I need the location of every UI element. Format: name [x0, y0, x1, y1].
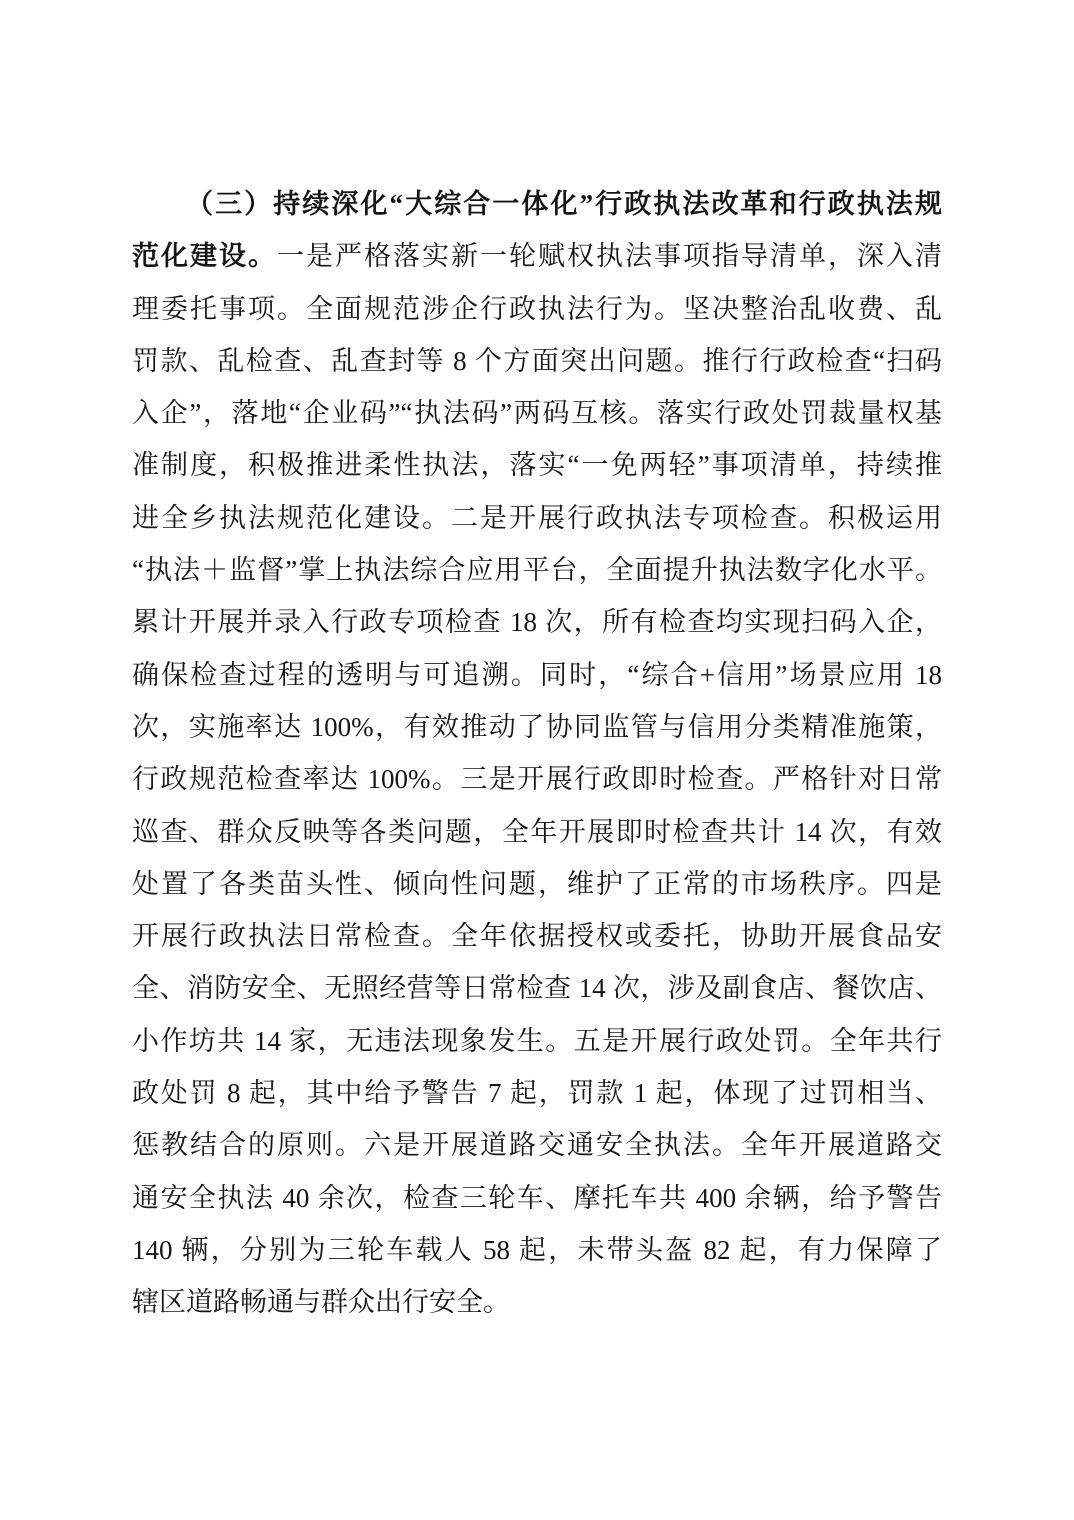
body-text: 累计开展并录入行政专项检查 18 次，所有检查均实现扫码入企， [132, 607, 942, 637]
body-text: 行政规范检查率达 100%。三是开展行政即时检查。严格针对日常 [132, 764, 942, 794]
text-line-18: 政处罚 8 起，其中给予警告 7 起，罚款 1 起，体现了过罚相当、 [132, 1067, 942, 1119]
text-line-3: 理委托事项。全面规范涉企行政执法行为。坚决整治乱收费、乱 [132, 283, 942, 335]
text-line-4: 罚款、乱检查、乱查封等 8 个方面突出问题。推行行政检查“扫码 [132, 335, 942, 387]
body-text: 通安全执法 40 余次，检查三轮车、摩托车共 400 余辆，给予警告 [132, 1183, 942, 1213]
body-text: 次，实施率达 100%，有效推动了协同监管与信用分类精准施策， [132, 712, 942, 742]
text-line-21: 140 辆，分别为三轮车载人 58 起，未带头盔 82 起，有力保障了 [132, 1224, 942, 1276]
text-line-12: 行政规范检查率达 100%。三是开展行政即时检查。严格针对日常 [132, 753, 942, 805]
section-heading-text: （三）持续深化“大综合一体化”行政执法改革和行政执法规 [186, 189, 942, 219]
body-text: 一是严格落实新一轮赋权执法事项指导清单，深入清 [277, 241, 942, 271]
body-text: 确保检查过程的透明与可追溯。同时，“综合+信用”场景应用 18 [132, 660, 942, 690]
text-line-2: 范化建设。一是严格落实新一轮赋权执法事项指导清单，深入清 [132, 230, 942, 282]
text-line-14: 处置了各类苗头性、倾向性问题，维护了正常的市场秩序。四是 [132, 858, 942, 910]
body-text: 政处罚 8 起，其中给予警告 7 起，罚款 1 起，体现了过罚相当、 [132, 1078, 942, 1108]
text-line-8: “执法＋监督”掌上执法综合应用平台，全面提升执法数字化水平。 [132, 544, 942, 596]
body-text: 准制度，积极推进柔性执法，落实“一免两轻”事项清单，持续推 [132, 450, 942, 480]
text-line-17: 小作坊共 14 家，无违法现象发生。五是开展行政处罚。全年共行 [132, 1015, 942, 1067]
body-text: 惩教结合的原则。六是开展道路交通安全执法。全年开展道路交 [132, 1130, 942, 1160]
text-line-11: 次，实施率达 100%，有效推动了协同监管与信用分类精准施策， [132, 701, 942, 753]
text-line-20: 通安全执法 40 余次，检查三轮车、摩托车共 400 余辆，给予警告 [132, 1172, 942, 1224]
text-line-15: 开展行政执法日常检查。全年依据授权或委托，协助开展食品安 [132, 910, 942, 962]
text-line-10: 确保检查过程的透明与可追溯。同时，“综合+信用”场景应用 18 [132, 649, 942, 701]
text-line-1: （三）持续深化“大综合一体化”行政执法改革和行政执法规 [132, 178, 942, 230]
text-line-22: 辖区道路畅通与群众出行安全。 [132, 1276, 942, 1328]
text-line-5: 入企”，落地“企业码”“执法码”两码互核。落实行政处罚裁量权基 [132, 387, 942, 439]
body-text: 开展行政执法日常检查。全年依据授权或委托，协助开展食品安 [132, 921, 942, 951]
body-text: 入企”，落地“企业码”“执法码”两码互核。落实行政处罚裁量权基 [132, 398, 942, 428]
body-text: 理委托事项。全面规范涉企行政执法行为。坚决整治乱收费、乱 [132, 294, 942, 324]
body-text: 辖区道路畅通与群众出行安全。 [132, 1287, 510, 1317]
body-text: 全、消防安全、无照经营等日常检查 14 次，涉及副食店、餐饮店、 [132, 973, 942, 1003]
section-heading-text: 范化建设。 [132, 241, 277, 271]
body-text: 进全乡执法规范化建设。二是开展行政执法专项检查。积极运用 [132, 503, 942, 533]
body-text: “执法＋监督”掌上执法综合应用平台，全面提升执法数字化水平。 [132, 555, 942, 585]
text-line-19: 惩教结合的原则。六是开展道路交通安全执法。全年开展道路交 [132, 1119, 942, 1171]
body-text: 处置了各类苗头性、倾向性问题，维护了正常的市场秩序。四是 [132, 869, 942, 899]
document-page: （三）持续深化“大综合一体化”行政执法改革和行政执法规范化建设。一是严格落实新一… [0, 0, 1074, 1520]
body-text: 罚款、乱检查、乱查封等 8 个方面突出问题。推行行政检查“扫码 [132, 346, 942, 376]
body-text: 小作坊共 14 家，无违法现象发生。五是开展行政处罚。全年共行 [132, 1026, 942, 1056]
body-text: 巡查、群众反映等各类问题，全年开展即时检查共计 14 次，有效 [132, 817, 942, 847]
body-text: 140 辆，分别为三轮车载人 58 起，未带头盔 82 起，有力保障了 [132, 1235, 942, 1265]
text-line-16: 全、消防安全、无照经营等日常检查 14 次，涉及副食店、餐饮店、 [132, 962, 942, 1014]
text-line-6: 准制度，积极推进柔性执法，落实“一免两轻”事项清单，持续推 [132, 439, 942, 491]
text-line-9: 累计开展并录入行政专项检查 18 次，所有检查均实现扫码入企， [132, 596, 942, 648]
report-paragraph-section-3: （三）持续深化“大综合一体化”行政执法改革和行政执法规范化建设。一是严格落实新一… [132, 178, 942, 1329]
text-line-13: 巡查、群众反映等各类问题，全年开展即时检查共计 14 次，有效 [132, 806, 942, 858]
text-line-7: 进全乡执法规范化建设。二是开展行政执法专项检查。积极运用 [132, 492, 942, 544]
